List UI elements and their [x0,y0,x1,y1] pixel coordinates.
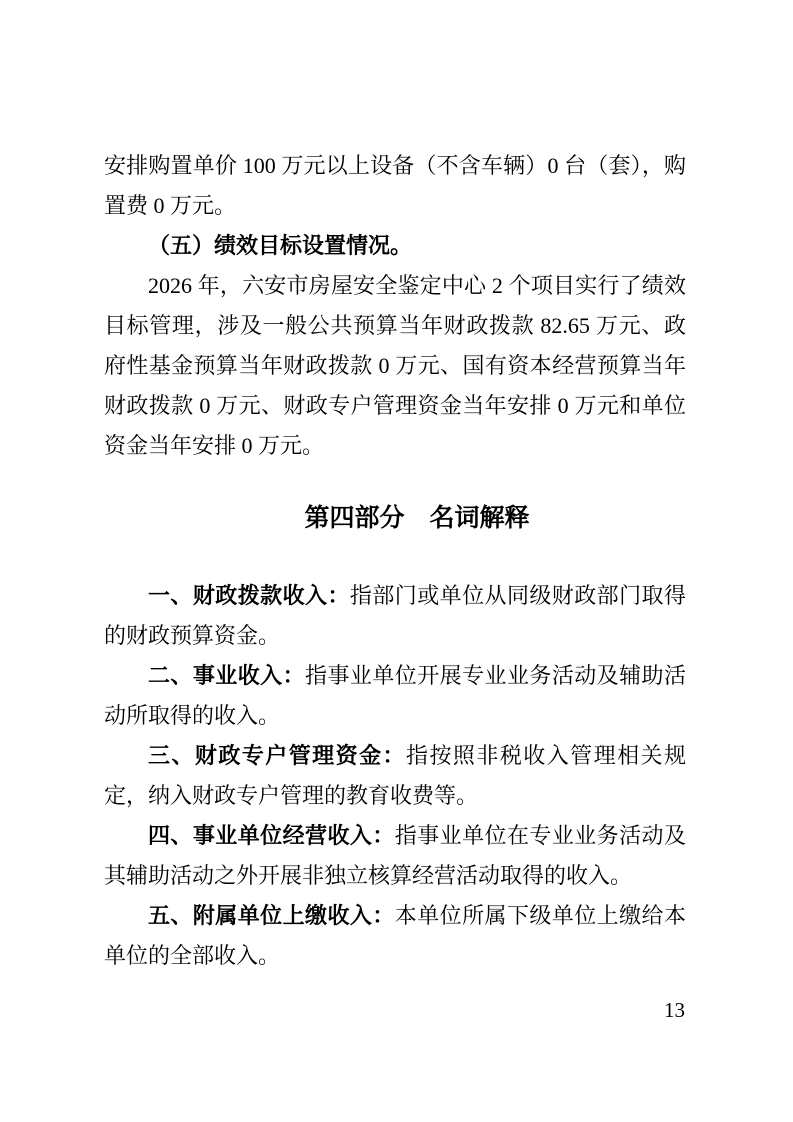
document-page: 安排购置单价 100 万元以上设备（不含车辆）0 台（套），购置费 0 万元。 … [0,0,793,1122]
paragraph-2026-performance: 2026 年，六安市房屋安全鉴定中心 2 个项目实行了绩效目标管理，涉及一般公共… [104,266,686,466]
section-title-part-four: 第四部分 名词解释 [104,498,686,538]
definition-term: 一、财政拨款收入： [148,583,350,608]
definition-term: 五、附属单位上缴收入： [148,903,395,928]
definition-term: 二、事业收入： [148,663,305,688]
paragraph-equipment-purchase: 安排购置单价 100 万元以上设备（不含车辆）0 台（套），购置费 0 万元。 [104,146,686,226]
definition-item-operating-income: 四、事业单位经营收入：指事业单位在专业业务活动及其辅助活动之外开展非独立核算经营… [104,816,686,896]
document-content: 安排购置单价 100 万元以上设备（不含车辆）0 台（套），购置费 0 万元。 … [104,146,686,976]
definition-term: 四、事业单位经营收入： [148,823,395,848]
definition-item-business-income: 二、事业收入：指事业单位开展专业业务活动及辅助活动所取得的收入。 [104,656,686,736]
definition-item-subordinate-unit-income: 五、附属单位上缴收入：本单位所属下级单位上缴给本单位的全部收入。 [104,896,686,976]
definition-item-special-account-funds: 三、财政专户管理资金：指按照非税收入管理相关规定，纳入财政专户管理的教育收费等。 [104,736,686,816]
definition-item-fiscal-appropriation-income: 一、财政拨款收入：指部门或单位从同级财政部门取得的财政预算资金。 [104,576,686,656]
subheading-performance-target-setup: （五）绩效目标设置情况。 [104,226,686,266]
definition-term: 三、财政专户管理资金： [148,743,406,768]
page-number: 13 [664,997,685,1023]
